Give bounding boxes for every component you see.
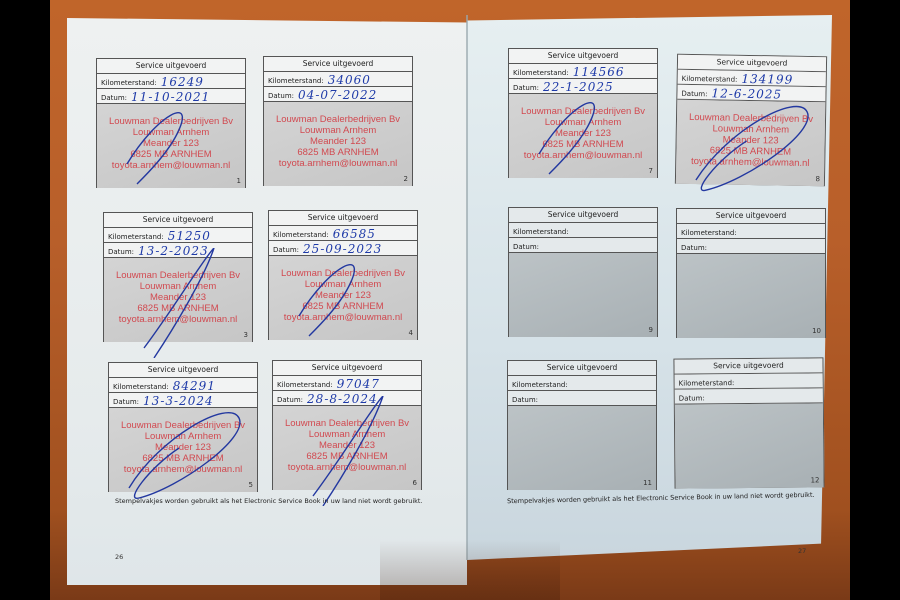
date-label: Datum: [513,243,539,251]
date-value: 11-10-2021 [131,90,210,104]
stamp-area: 11 [508,406,656,490]
date-field[interactable]: Datum:04-07-2022 [264,87,412,102]
km-field[interactable]: Kilometerstand: [677,224,825,239]
date-field[interactable]: Datum: [677,239,825,254]
km-value: 134199 [741,72,793,87]
stamp-line: Louwman Dealerbedrijven Bv [273,418,421,429]
km-field[interactable]: Kilometerstand:16249 [97,74,245,89]
service-box-3: Service uitgevoerdKilometerstand:51250Da… [103,212,253,342]
stamp-line: Louwman Arnhem [104,281,252,292]
service-box-header: Service uitgevoerd [269,211,417,226]
km-label: Kilometerstand: [113,383,169,391]
box-number: 6 [413,479,417,487]
stamp-line: Meander 123 [273,440,421,451]
box-number: 12 [811,476,820,484]
service-box-header: Service uitgevoerd [677,209,825,224]
service-box-header: Service uitgevoerd [109,363,257,378]
date-field[interactable]: Datum:28-8-2024 [273,391,421,406]
date-value: 12-6-2025 [711,86,782,101]
km-label: Kilometerstand: [513,228,569,236]
stamp-line: Louwman Arnhem [97,127,245,138]
service-box-header: Service uitgevoerd [273,361,421,376]
stamp-line: Louwman Arnhem [264,125,412,136]
service-box-9: Service uitgevoerdKilometerstand:Datum:9 [508,207,658,337]
service-box-7: Service uitgevoerdKilometerstand:114566D… [508,48,658,178]
date-field[interactable]: Datum: [508,391,656,406]
date-label: Datum: [273,246,299,254]
box-number: 8 [815,175,820,183]
box-number: 10 [812,327,821,335]
date-value: 22-1-2025 [543,80,614,94]
km-label: Kilometerstand: [268,77,324,85]
stamp-line: Meander 123 [269,290,417,301]
km-label: Kilometerstand: [682,75,738,84]
service-box-1: Service uitgevoerdKilometerstand:16249Da… [96,58,246,188]
km-label: Kilometerstand: [681,229,737,237]
stamp-line: 6825 MB ARNHEM [509,139,657,150]
date-label: Datum: [101,94,127,102]
stamp-line: Meander 123 [109,442,257,453]
box-number: 7 [649,167,653,175]
stamp-line: toyota.arnhem@louwman.nl [109,464,257,475]
stamp-line: toyota.arnhem@louwman.nl [509,150,657,161]
km-label: Kilometerstand: [108,233,164,241]
stamp-line: 6825 MB ARNHEM [97,149,245,160]
service-box-header: Service uitgevoerd [509,49,657,64]
date-label: Datum: [681,244,707,252]
stamp-area: Louwman Dealerbedrijven BvLouwman Arnhem… [676,100,825,187]
date-label: Datum: [513,84,539,92]
box-number: 5 [249,481,253,489]
stamp-line: toyota.arnhem@louwman.nl [273,462,421,473]
date-field[interactable]: Datum:13-3-2024 [109,393,257,408]
stamp-line: Louwman Dealerbedrijven Bv [509,106,657,117]
stamp-area: 12 [675,403,824,488]
book-spine [466,15,468,560]
km-label: Kilometerstand: [101,79,157,87]
km-field[interactable]: Kilometerstand:84291 [109,378,257,393]
date-label: Datum: [679,394,705,402]
box-number: 2 [404,175,408,183]
stamp-line: Louwman Dealerbedrijven Bv [269,268,417,279]
date-value: 04-07-2022 [298,88,377,102]
date-label: Datum: [268,92,294,100]
box-number: 11 [643,479,652,487]
stamp-line: Meander 123 [104,292,252,303]
km-label: Kilometerstand: [277,381,333,389]
dealer-stamp: Louwman Dealerbedrijven BvLouwman Arnhem… [273,418,421,473]
stamp-area: Louwman Dealerbedrijven BvLouwman Arnhem… [269,256,417,340]
date-label: Datum: [108,248,134,256]
stamp-area: Louwman Dealerbedrijven BvLouwman Arnhem… [273,406,421,490]
service-box-header: Service uitgevoerd [674,358,822,374]
km-value: 16249 [161,75,204,89]
km-value: 97047 [337,377,380,391]
service-box-6: Service uitgevoerdKilometerstand:97047Da… [272,360,422,490]
stamp-line: Louwman Dealerbedrijven Bv [97,116,245,127]
stamp-line: Louwman Arnhem [269,279,417,290]
stamp-line: 6825 MB ARNHEM [269,301,417,312]
date-value: 13-2-2023 [138,244,209,258]
stamp-line: toyota.arnhem@louwman.nl [97,160,245,171]
date-field[interactable]: Datum:25-09-2023 [269,241,417,256]
dealer-stamp: Louwman Dealerbedrijven BvLouwman Arnhem… [509,106,657,161]
stamp-area: Louwman Dealerbedrijven BvLouwman Arnhem… [109,408,257,492]
stamp-line: Meander 123 [97,138,245,149]
stamp-line: Louwman Dealerbedrijven Bv [109,420,257,431]
km-field[interactable]: Kilometerstand:97047 [273,376,421,391]
dealer-stamp: Louwman Dealerbedrijven BvLouwman Arnhem… [109,420,257,475]
service-box-11: Service uitgevoerdKilometerstand:Datum:1… [507,360,657,490]
km-value: 66585 [333,227,376,241]
box-number: 3 [244,331,248,339]
stamp-line: Louwman Dealerbedrijven Bv [264,114,412,125]
stamp-line: toyota.arnhem@louwman.nl [269,312,417,323]
stamp-line: 6825 MB ARNHEM [109,453,257,464]
date-value: 28-8-2024 [307,392,378,406]
stamp-line: 6825 MB ARNHEM [273,451,421,462]
date-value: 13-3-2024 [143,394,214,408]
stamp-line: Meander 123 [264,136,412,147]
service-box-8: Service uitgevoerdKilometerstand:134199D… [675,54,827,187]
box-number: 1 [237,177,241,185]
date-field[interactable]: Datum:13-2-2023 [104,243,252,258]
dealer-stamp: Louwman Dealerbedrijven BvLouwman Arnhem… [676,112,825,170]
km-label: Kilometerstand: [273,231,329,239]
right-page-number: 27 [798,547,806,555]
stamp-line: 6825 MB ARNHEM [104,303,252,314]
spine-shadow [380,540,560,600]
km-field[interactable]: Kilometerstand: [508,376,656,391]
date-value: 25-09-2023 [303,242,382,256]
km-label: Kilometerstand: [513,69,569,77]
stamp-line: toyota.arnhem@louwman.nl [104,314,252,325]
service-box-5: Service uitgevoerdKilometerstand:84291Da… [108,362,258,492]
km-field[interactable]: Kilometerstand:51250 [104,228,252,243]
km-label: Kilometerstand: [512,381,568,389]
stamp-area: Louwman Dealerbedrijven BvLouwman Arnhem… [509,94,657,178]
service-box-header: Service uitgevoerd [264,57,412,72]
service-box-header: Service uitgevoerd [104,213,252,228]
km-label: Kilometerstand: [679,379,735,387]
dealer-stamp: Louwman Dealerbedrijven BvLouwman Arnhem… [104,270,252,325]
service-box-header: Service uitgevoerd [508,361,656,376]
dealer-stamp: Louwman Dealerbedrijven BvLouwman Arnhem… [269,268,417,323]
left-page-number: 26 [115,553,123,561]
stamp-line: toyota.arnhem@louwman.nl [676,156,824,170]
dealer-stamp: Louwman Dealerbedrijven BvLouwman Arnhem… [97,116,245,171]
km-value: 34060 [328,73,371,87]
stamp-line: toyota.arnhem@louwman.nl [264,158,412,169]
dealer-stamp: Louwman Dealerbedrijven BvLouwman Arnhem… [264,114,412,169]
stamp-line: Louwman Arnhem [509,117,657,128]
service-box-header: Service uitgevoerd [509,208,657,223]
stamp-area: 9 [509,253,657,337]
stamp-line: 6825 MB ARNHEM [264,147,412,158]
service-box-12: Service uitgevoerdKilometerstand:Datum:1… [673,357,824,488]
stamp-line: Louwman Arnhem [109,431,257,442]
service-box-2: Service uitgevoerdKilometerstand:34060Da… [263,56,413,186]
km-field[interactable]: Kilometerstand: [509,223,657,238]
km-value: 84291 [173,379,216,393]
date-label: Datum: [512,396,538,404]
service-box-10: Service uitgevoerdKilometerstand:Datum:1… [676,208,826,338]
left-footnote: Stempelvakjes worden gebruikt als het El… [115,497,423,505]
km-value: 51250 [168,229,211,243]
stamp-area: Louwman Dealerbedrijven BvLouwman Arnhem… [104,258,252,342]
box-number: 9 [649,326,653,334]
km-field[interactable]: Kilometerstand:66585 [269,226,417,241]
date-label: Datum: [277,396,303,404]
stamp-area: 10 [677,254,825,338]
date-field[interactable]: Datum: [675,388,823,404]
stamp-line: Meander 123 [509,128,657,139]
stamp-line: Louwman Dealerbedrijven Bv [104,270,252,281]
km-field[interactable]: Kilometerstand: [675,373,823,389]
km-value: 114566 [573,65,625,79]
date-label: Datum: [113,398,139,406]
km-field[interactable]: Kilometerstand:34060 [264,72,412,87]
date-field[interactable]: Datum:22-1-2025 [509,79,657,94]
date-field[interactable]: Datum: [509,238,657,253]
stamp-area: Louwman Dealerbedrijven BvLouwman Arnhem… [97,104,245,188]
service-box-header: Service uitgevoerd [97,59,245,74]
date-field[interactable]: Datum:11-10-2021 [97,89,245,104]
box-number: 4 [409,329,413,337]
stamp-line: Louwman Arnhem [273,429,421,440]
stamp-area: Louwman Dealerbedrijven BvLouwman Arnhem… [264,102,412,186]
date-label: Datum: [681,90,707,98]
service-box-4: Service uitgevoerdKilometerstand:66585Da… [268,210,418,340]
km-field[interactable]: Kilometerstand:114566 [509,64,657,79]
